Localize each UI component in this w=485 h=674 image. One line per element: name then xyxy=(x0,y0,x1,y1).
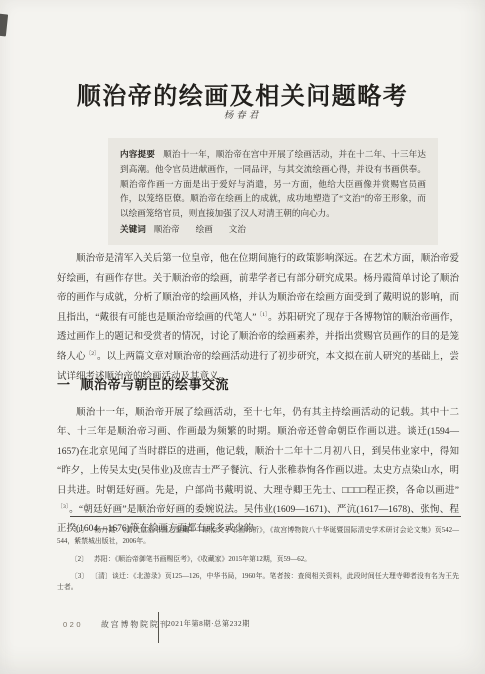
scanned-paper-page: 顺治帝的绘画及相关问题略考 杨春君 内容提要顺治十一年，顺治帝在宫中开展了绘画活… xyxy=(0,0,485,674)
footnote: 〔3〕〔清〕谈迁：《北游录》页125—126，中华书局，1960年。笔者按：查阅… xyxy=(57,572,459,594)
intro-paragraph: 顺治帝是清军入关后第一位皇帝，他在位期间施行的政策影响深远。在艺术方面，顺治帝爱… xyxy=(57,250,459,387)
keyword: 绘画 xyxy=(196,224,213,234)
section-paragraph: 顺治十一年，顺治帝开展了绘画活动，至十七年，仍有其主持绘画活动的记载。其中十二年… xyxy=(57,404,459,540)
footnote-marker: 〔3〕 xyxy=(71,573,89,580)
footnote-marker: 〔1〕 xyxy=(71,527,89,534)
author-name: 杨春君 xyxy=(0,107,485,121)
abstract-label: 内容提要 xyxy=(120,149,155,159)
article-title: 顺治帝的绘画及相关问题略考 xyxy=(0,76,485,111)
abstract-paragraph: 内容提要顺治十一年，顺治帝在宫中开展了绘画活动，并在十二年、十三年达到高潮。他令… xyxy=(120,147,426,221)
footnote-text: 杨丹霞：《清代皇室书画之鉴藏——顺治父子书画评析》，《故宫博物院八十华诞暨国际清… xyxy=(57,527,459,545)
footer-divider xyxy=(158,612,159,643)
footnote-text: 苏阳：《顺治帝御笔书画赐臣考》，《收藏家》2015年第12期，页59—62。 xyxy=(94,556,311,563)
footnote-marker: 〔2〕 xyxy=(71,556,88,563)
section-heading: 一顺治帝与朝臣的绘事交流 xyxy=(57,374,229,393)
section-number: 一 xyxy=(57,377,71,392)
footnote: 〔1〕杨丹霞：《清代皇室书画之鉴藏——顺治父子书画评析》，《故宫博物院八十华诞暨… xyxy=(57,526,459,548)
keywords-line: 关键词顺治帝绘画文治 xyxy=(120,222,426,237)
section-title: 顺治帝与朝臣的绘事交流 xyxy=(81,377,230,392)
keywords-label: 关键词 xyxy=(120,224,146,234)
footnote-divider xyxy=(70,516,461,517)
footnote-text: 〔清〕谈迁：《北游录》页125—126，中华书局，1960年。笔者按：查阅相关资… xyxy=(57,573,459,591)
footnotes: 〔1〕杨丹霞：《清代皇室书画之鉴藏——顺治父子书画评析》，《故宫博物院八十华诞暨… xyxy=(57,526,459,601)
abstract-text: 顺治十一年，顺治帝在宫中开展了绘画活动，并在十二年、十三年达到高潮。他令官员进献… xyxy=(120,149,426,218)
footnote: 〔2〕苏阳：《顺治帝御笔书画赐臣考》，《收藏家》2015年第12期，页59—62… xyxy=(57,555,459,566)
journal-name: 故宫博物院院刊 xyxy=(101,619,170,630)
scan-artifact xyxy=(0,14,8,37)
page-number: 020 xyxy=(63,620,83,629)
abstract-box: 内容提要顺治十一年，顺治帝在宫中开展了绘画活动，并在十二年、十三年达到高潮。他令… xyxy=(108,138,438,245)
issue-info: 2021年第8期·总第232期 xyxy=(167,619,250,629)
keyword: 顺治帝 xyxy=(154,224,180,234)
keyword: 文治 xyxy=(229,224,246,234)
